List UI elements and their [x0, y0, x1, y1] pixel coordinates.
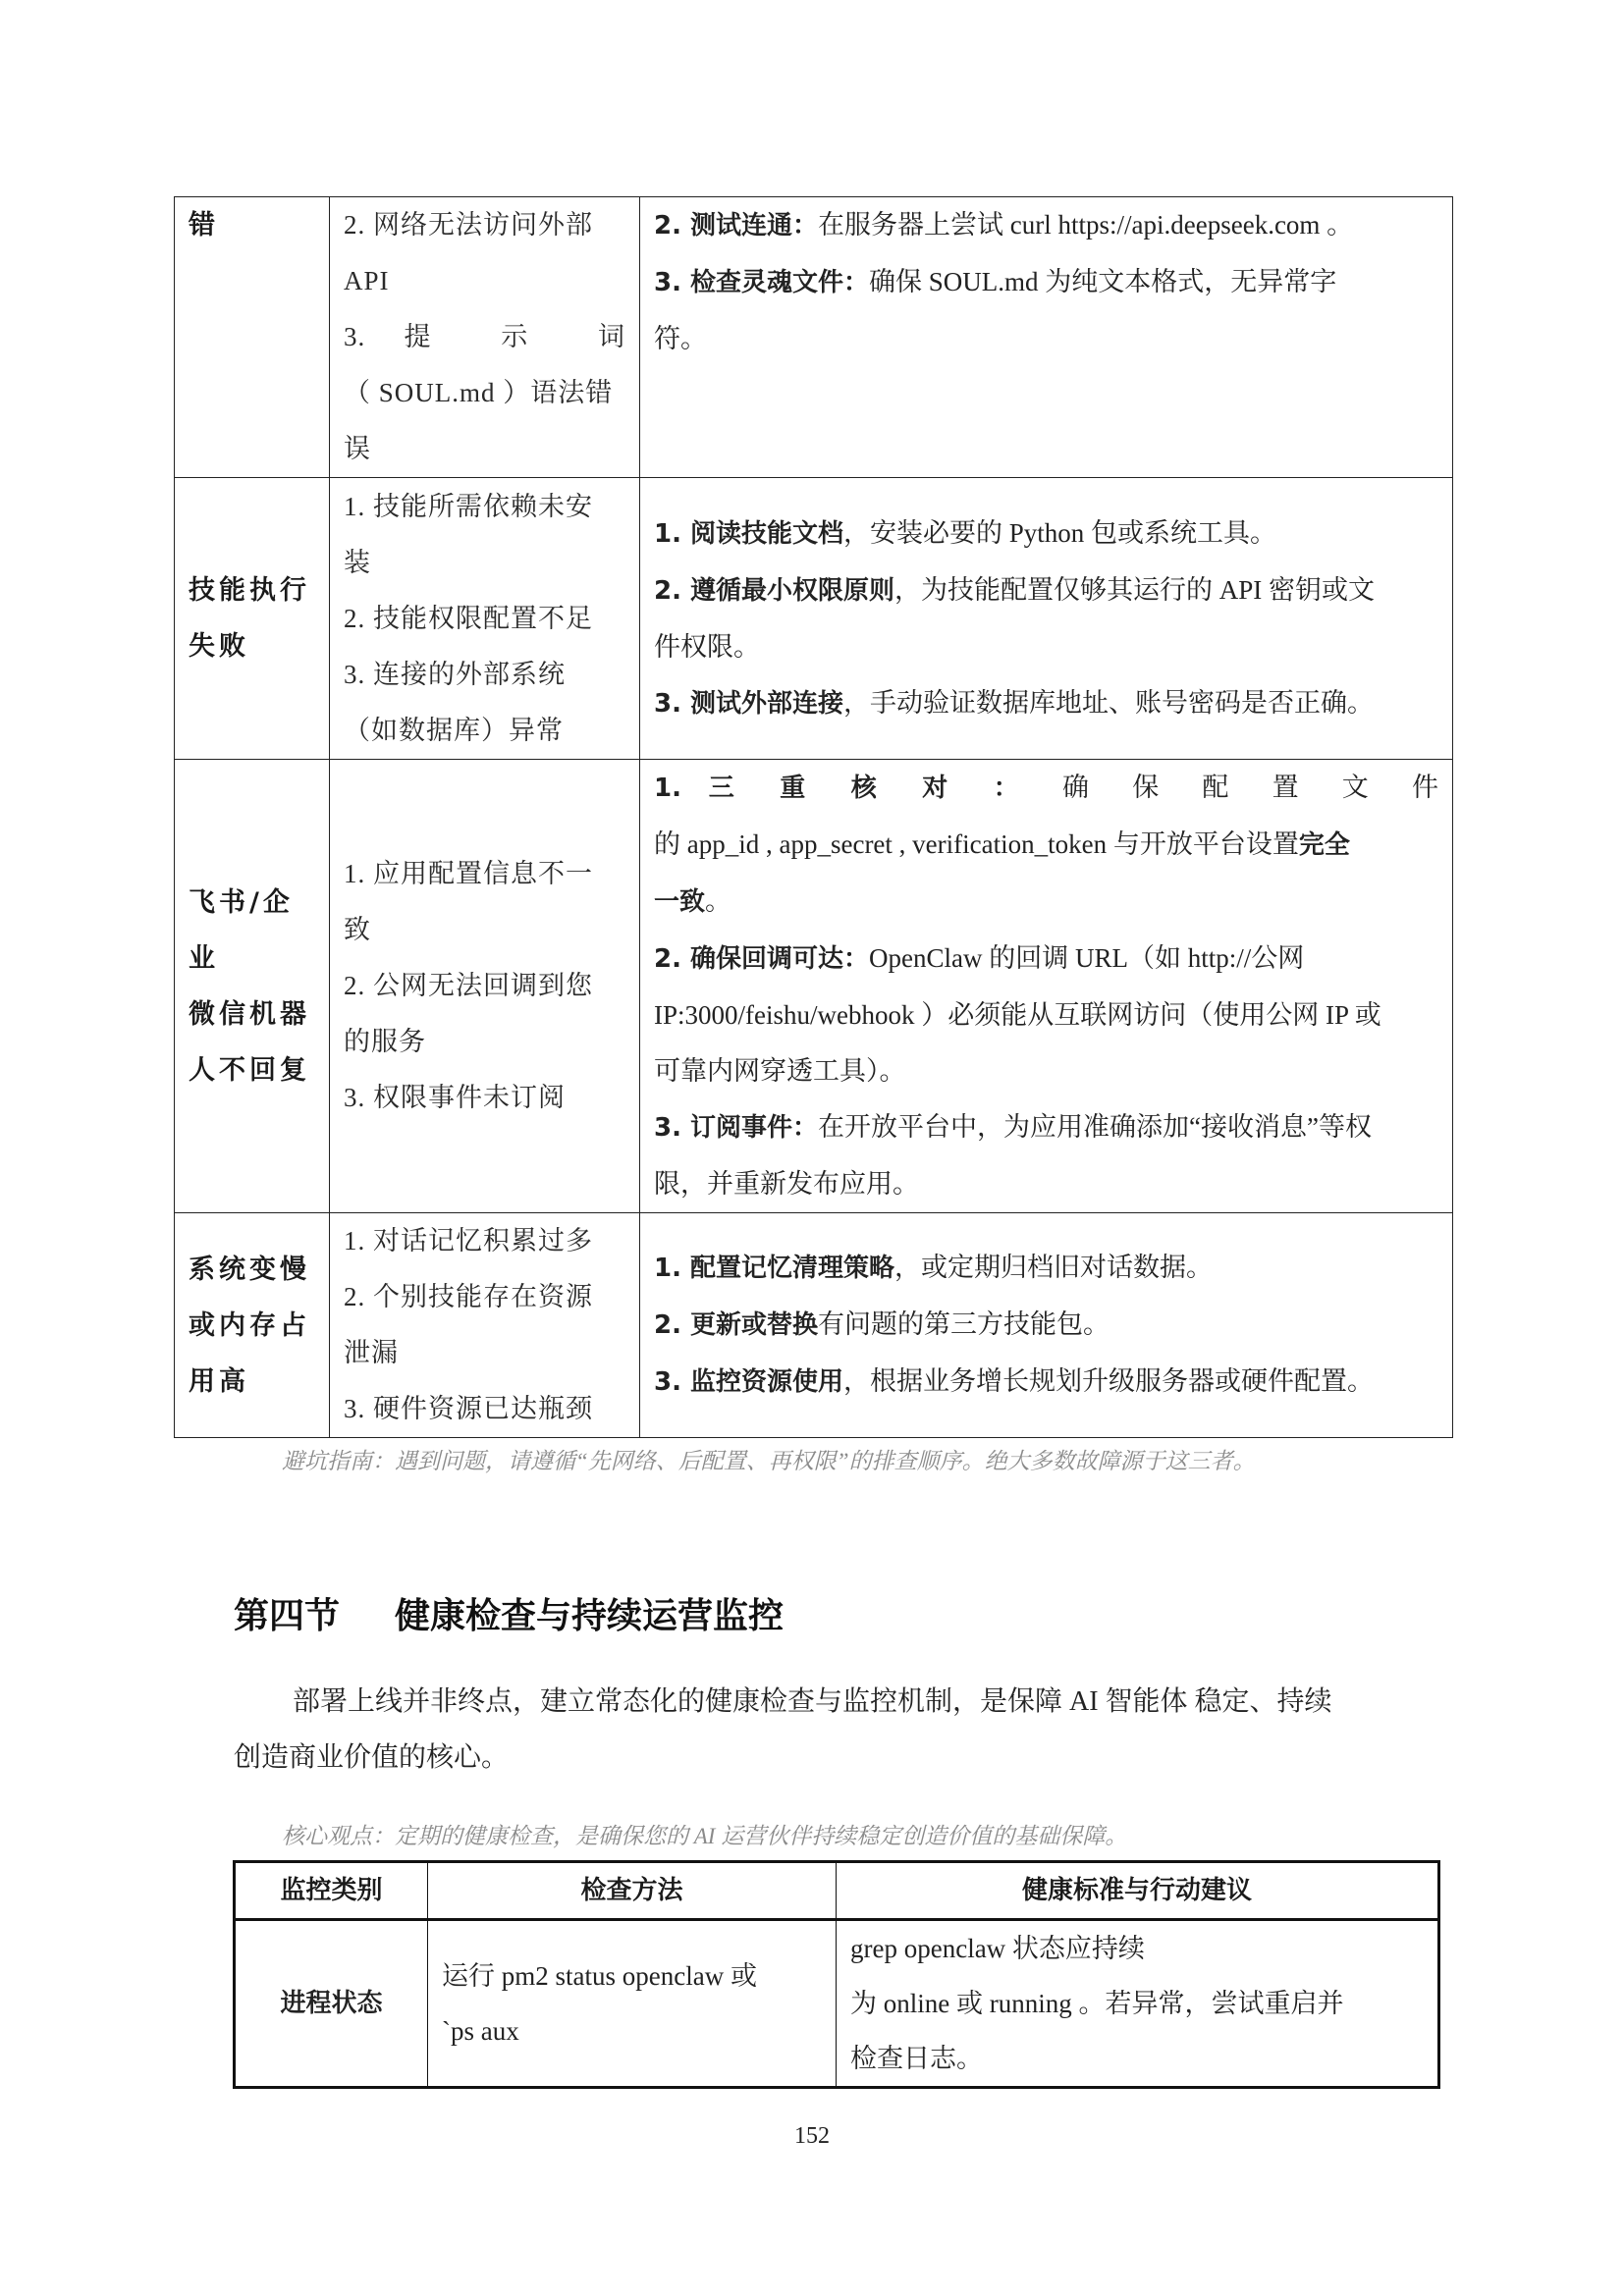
fix-line: 3. 订阅事件：在开放平台中，为应用准确添加“接收消息”等权: [654, 1099, 1438, 1156]
category-cell: 错: [175, 197, 330, 478]
cause-line: 泄漏: [344, 1325, 625, 1381]
cause-line: 装: [344, 535, 625, 591]
cause-line: 3. 权限事件未订阅: [344, 1070, 625, 1126]
cause-line: 2. 网络无法访问外部: [344, 197, 625, 253]
fix-line: 可靠内网穿透工具）。: [654, 1043, 1438, 1099]
fix-line: 一致。: [654, 874, 1438, 931]
cause-cell: 1. 应用配置信息不一 致 2. 公网无法回调到您 的服务 3. 权限事件未订阅: [330, 760, 640, 1213]
body-paragraph-line: 部署上线并非终点，建立常态化的健康检查与监控机制，是保障 AI 智能体 稳定、持…: [234, 1674, 1441, 1730]
monitor-table: 监控类别 检查方法 健康标准与行动建议 进程状态 运行 pm2 status o…: [233, 1860, 1440, 2089]
cause-line: 误: [344, 421, 625, 477]
column-header: 健康标准与行动建议: [837, 1862, 1439, 1920]
fix-line: 3. 监控资源使用，根据业务增长规划升级服务器或硬件配置。: [654, 1354, 1438, 1411]
fix-line: IP:3000/feishu/webhook ）必须能从互联网访问（使用公网 I…: [654, 988, 1438, 1043]
fix-line: 3. 检查灵魂文件：确保 SOUL.md 为纯文本格式，无异常字: [654, 254, 1438, 311]
cause-line: 3. 连接的外部系统: [344, 647, 625, 703]
fix-line: 的 app_id , app_secret , verification_tok…: [654, 817, 1438, 874]
category-cell: 进程状态: [235, 1920, 428, 2088]
cause-line: 致: [344, 902, 625, 958]
fix-line: 2. 确保回调可达：OpenClaw 的回调 URL（如 http://公网: [654, 931, 1438, 988]
cause-cell: 1. 对话记忆积累过多 2. 个别技能存在资源 泄漏 3. 硬件资源已达瓶颈: [330, 1213, 640, 1438]
fix-line: 1. 配置记忆清理策略，或定期归档旧对话数据。: [654, 1240, 1438, 1297]
section-number: 第四节: [234, 1596, 340, 1636]
fix-line: 限，并重新发布应用。: [654, 1156, 1438, 1212]
table-header-row: 监控类别 检查方法 健康标准与行动建议: [235, 1862, 1439, 1920]
cause-cell: 2. 网络无法访问外部 API 3. 提 示 词 （ SOUL.md ）语法错 …: [330, 197, 640, 478]
table-row: 系统变慢 或内存占 用高 1. 对话记忆积累过多 2. 个别技能存在资源 泄漏 …: [175, 1213, 1453, 1438]
cause-line: 3. 提 示 词: [344, 309, 625, 365]
fix-line: 2. 测试连通：在服务器上尝试 curl https://api.deepsee…: [654, 197, 1438, 254]
table-row: 飞书/企业 微信机器 人不回复 1. 应用配置信息不一 致 2. 公网无法回调到…: [175, 760, 1453, 1213]
cause-line: 1. 技能所需依赖未安: [344, 479, 625, 535]
category-cell: 飞书/企业 微信机器 人不回复: [175, 760, 330, 1213]
fix-line: 3. 测试外部连接，手动验证数据库地址、账号密码是否正确。: [654, 675, 1438, 732]
section-title: 健康检查与持续运营监控: [395, 1596, 784, 1636]
cause-line: 2. 技能权限配置不足: [344, 591, 625, 647]
column-header: 检查方法: [428, 1862, 837, 1920]
fix-cell: 1. 阅读技能文档，安装必要的 Python 包或系统工具。 2. 遵循最小权限…: [640, 478, 1453, 760]
table-row: 技能执行 失败 1. 技能所需依赖未安 装 2. 技能权限配置不足 3. 连接的…: [175, 478, 1453, 760]
cause-line: （ SOUL.md ）语法错: [344, 365, 625, 421]
tip-caption: 避坑指南：遇到问题，请遵循“先网络、后配置、再权限”的排查顺序。绝大多数故障源于…: [282, 1443, 1256, 1475]
fix-cell: 2. 测试连通：在服务器上尝试 curl https://api.deepsee…: [640, 197, 1453, 478]
fix-line: 2. 更新或替换有问题的第三方技能包。: [654, 1297, 1438, 1354]
cause-line: 的服务: [344, 1014, 625, 1070]
body-paragraph-line: 创造商业价值的核心。: [234, 1730, 1441, 1786]
cause-line: 2. 个别技能存在资源: [344, 1269, 625, 1325]
standard-cell: grep openclaw 状态应持续 为 online 或 running 。…: [837, 1920, 1439, 2088]
cause-line: API: [344, 253, 625, 309]
cause-cell: 1. 技能所需依赖未安 装 2. 技能权限配置不足 3. 连接的外部系统 （如数…: [330, 478, 640, 760]
cause-line: 2. 公网无法回调到您: [344, 958, 625, 1014]
fix-cell: 1. 配置记忆清理策略，或定期归档旧对话数据。 2. 更新或替换有问题的第三方技…: [640, 1213, 1453, 1438]
cause-line: 1. 对话记忆积累过多: [344, 1213, 625, 1269]
method-cell: 运行 pm2 status openclaw 或 `ps aux: [428, 1920, 837, 2088]
fix-cell: 1. 三 重 核 对 ： 确 保 配 置 文 件 的 app_id , app_…: [640, 760, 1453, 1213]
fix-line: 1. 三 重 核 对 ： 确 保 配 置 文 件: [654, 760, 1438, 817]
fix-line: 2. 遵循最小权限原则，为技能配置仅够其运行的 API 密钥或文: [654, 562, 1438, 619]
fix-line: 件权限。: [654, 619, 1438, 675]
table-row: 错 2. 网络无法访问外部 API 3. 提 示 词 （ SOUL.md ）语法…: [175, 197, 1453, 478]
table-row: 进程状态 运行 pm2 status openclaw 或 `ps aux gr…: [235, 1920, 1439, 2088]
cause-line: （如数据库）异常: [344, 703, 625, 759]
core-caption: 核心观点：定期的健康检查，是确保您的 AI 运营伙伴持续稳定创造价值的基础保障。: [282, 1818, 1127, 1850]
cause-line: 3. 硬件资源已达瓶颈: [344, 1381, 625, 1437]
section-heading: 第四节健康检查与持续运营监控: [234, 1588, 784, 1638]
page-number: 152: [0, 2123, 1624, 2150]
fix-line: 符。: [654, 311, 1438, 367]
column-header: 监控类别: [235, 1862, 428, 1920]
fix-line: 1. 阅读技能文档，安装必要的 Python 包或系统工具。: [654, 506, 1438, 562]
cause-line: 1. 应用配置信息不一: [344, 846, 625, 902]
category-cell: 系统变慢 或内存占 用高: [175, 1213, 330, 1438]
troubleshooting-table: 错 2. 网络无法访问外部 API 3. 提 示 词 （ SOUL.md ）语法…: [174, 196, 1453, 1438]
category-cell: 技能执行 失败: [175, 478, 330, 760]
